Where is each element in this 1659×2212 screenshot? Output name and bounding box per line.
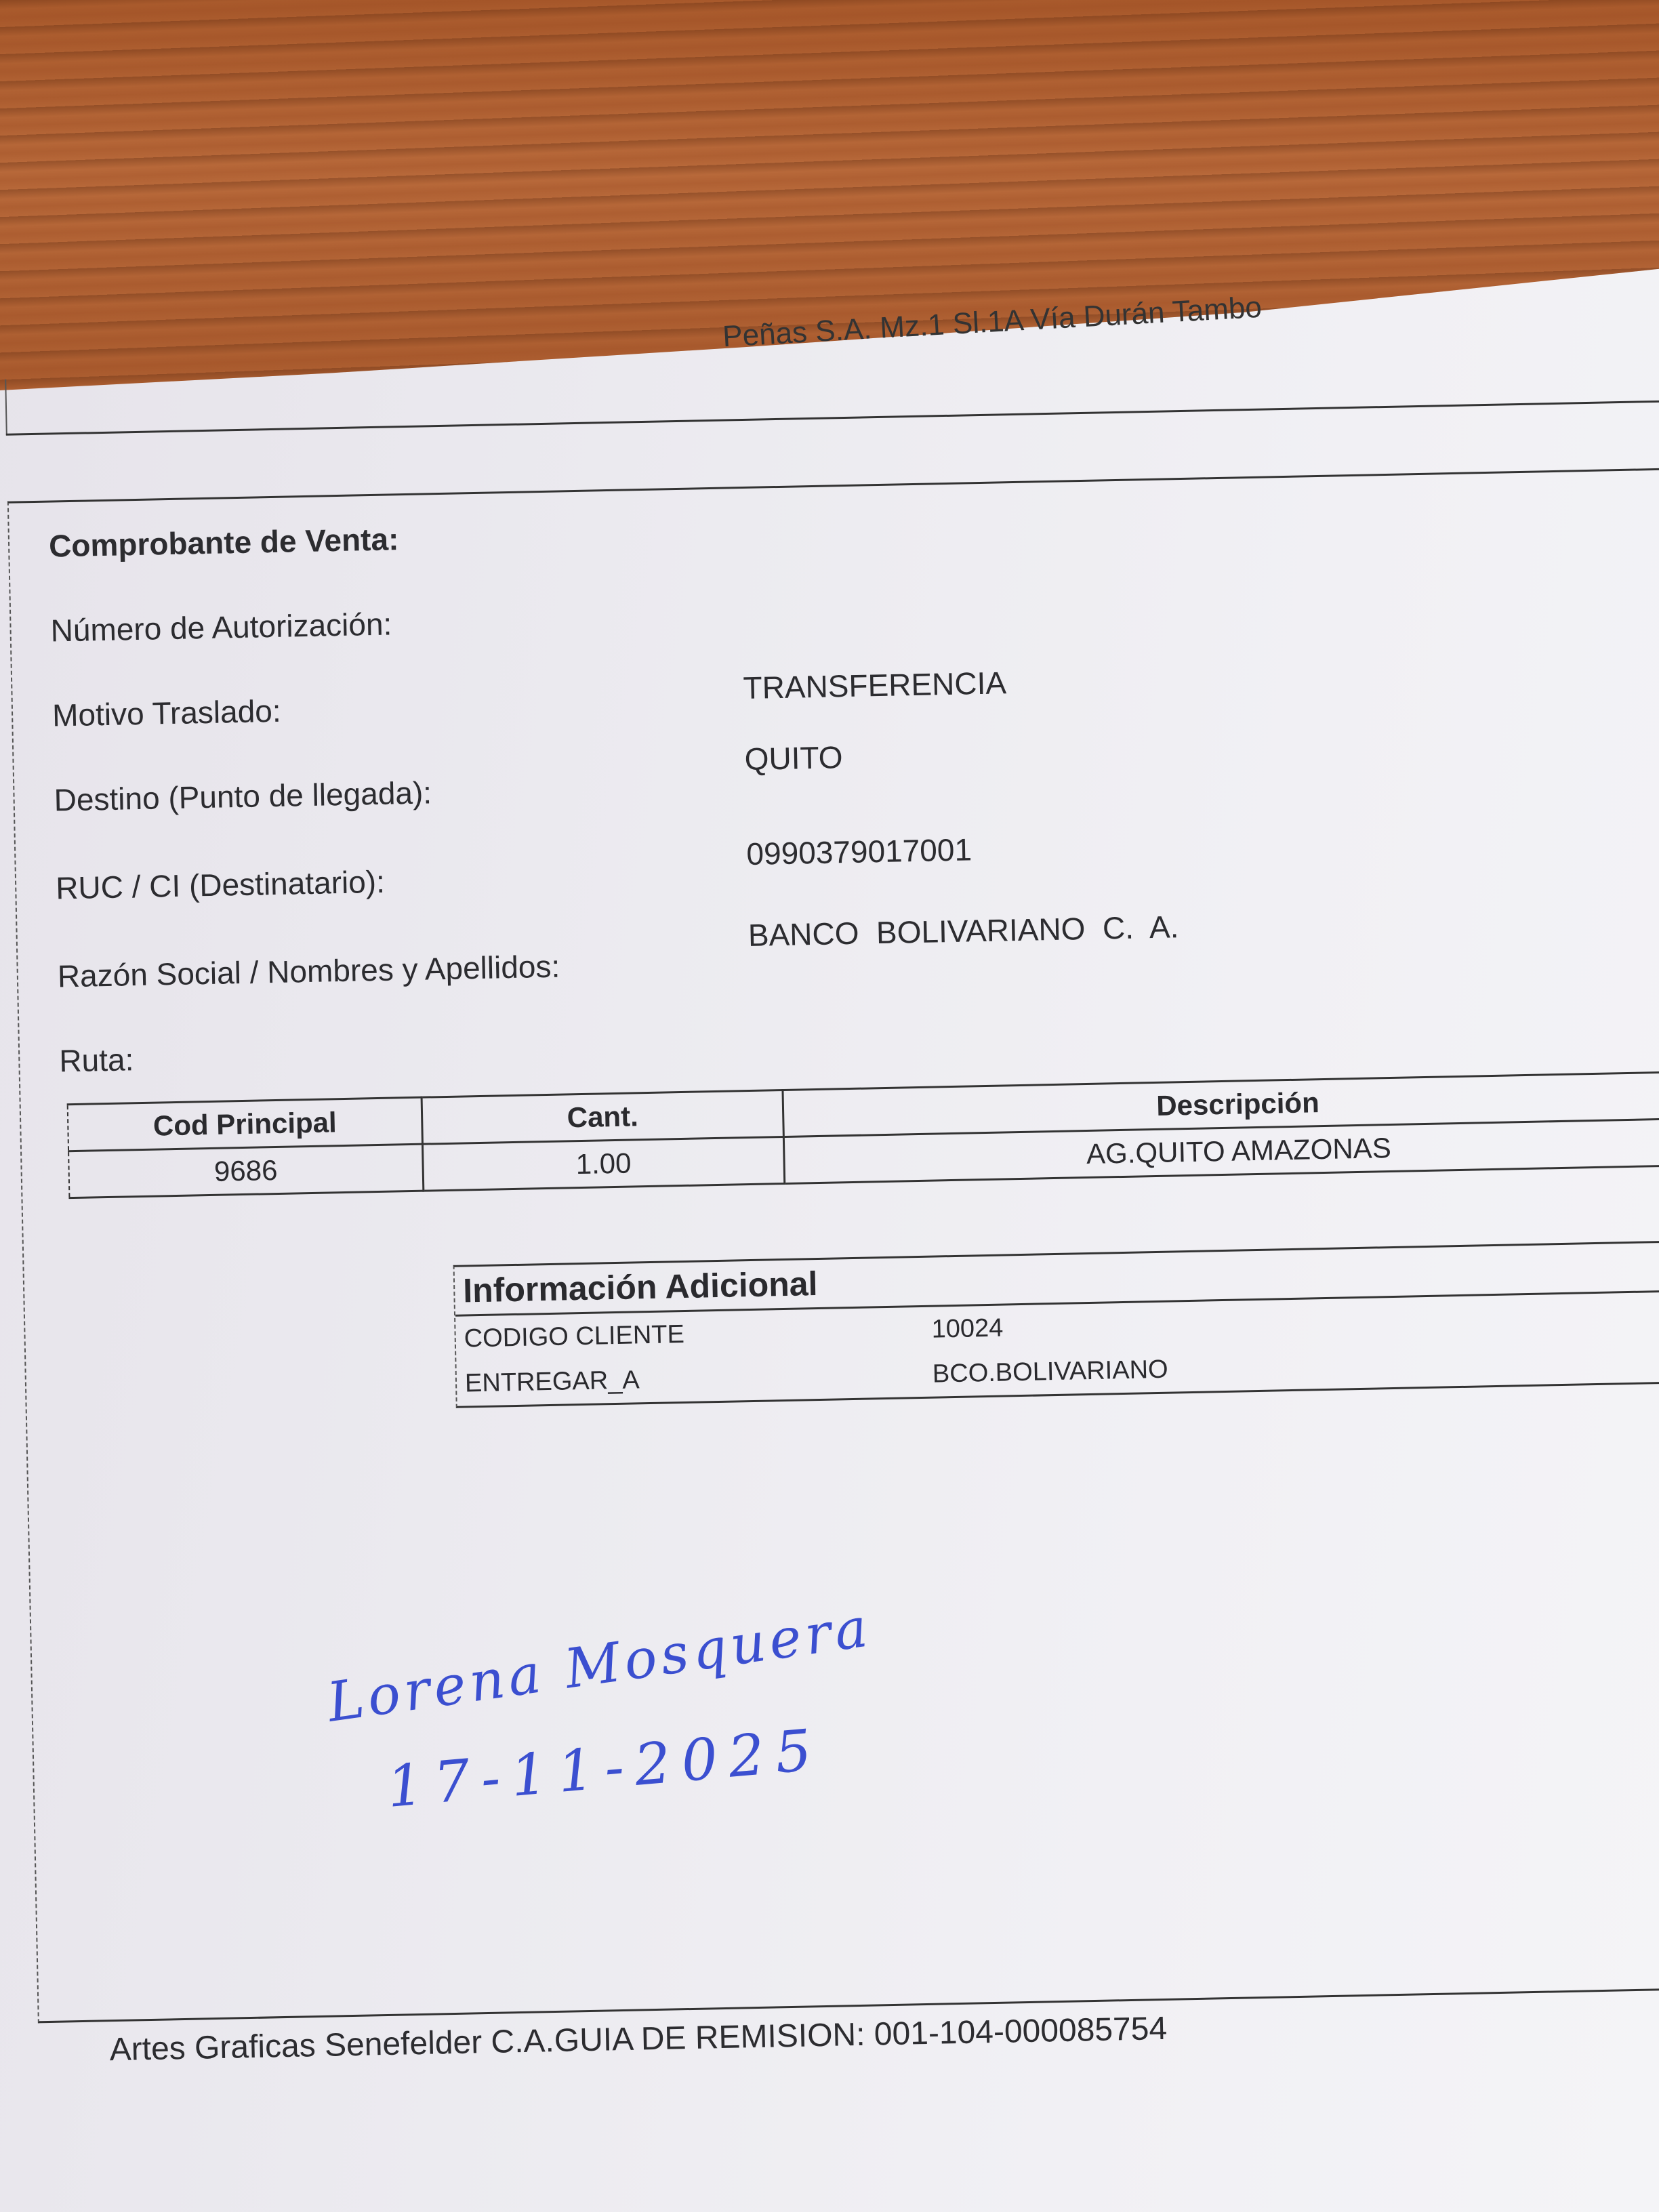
info-key: ENTREGAR_A xyxy=(457,1359,933,1398)
field-value-motivo: TRANSFERENCIA xyxy=(743,664,1006,706)
field-value-ruc: 0990379017001 xyxy=(746,831,972,872)
field-label-motivo: Motivo Traslado: xyxy=(52,693,282,734)
top-box-border xyxy=(6,400,1659,435)
additional-info-box: Información Adicional CODIGO CLIENTE 100… xyxy=(453,1240,1659,1408)
info-value: BCO.BOLIVARIANO xyxy=(932,1344,1659,1389)
cell-cantidad: 1.00 xyxy=(422,1136,784,1191)
field-label-comprobante: Comprobante de Venta: xyxy=(49,520,399,564)
info-key: CODIGO CLIENTE xyxy=(455,1315,932,1353)
field-label-ruta: Ruta: xyxy=(59,1041,134,1079)
top-box-border xyxy=(5,380,7,435)
col-header-cod-principal: Cod Principal xyxy=(68,1097,423,1151)
col-header-cantidad: Cant. xyxy=(422,1090,783,1145)
cell-cod-principal: 9686 xyxy=(68,1144,424,1197)
field-label-autorizacion: Número de Autorización: xyxy=(50,605,392,649)
remision-document: Peñas S.A. Mz.1 Sl.1A Vía Durán Tambo Co… xyxy=(0,0,1659,2211)
header-address-fragment: Peñas S.A. Mz.1 Sl.1A Vía Durán Tambo xyxy=(722,291,1263,354)
field-value-destino: QUITO xyxy=(744,739,843,777)
footer-guia-remision: Artes Graficas Senefelder C.A.GUIA DE RE… xyxy=(109,2010,1168,2068)
field-label-destino: Destino (Punto de llegada): xyxy=(54,774,432,818)
info-value: 10024 xyxy=(931,1299,1659,1344)
field-label-ruc: RUC / CI (Destinatario): xyxy=(56,863,386,907)
